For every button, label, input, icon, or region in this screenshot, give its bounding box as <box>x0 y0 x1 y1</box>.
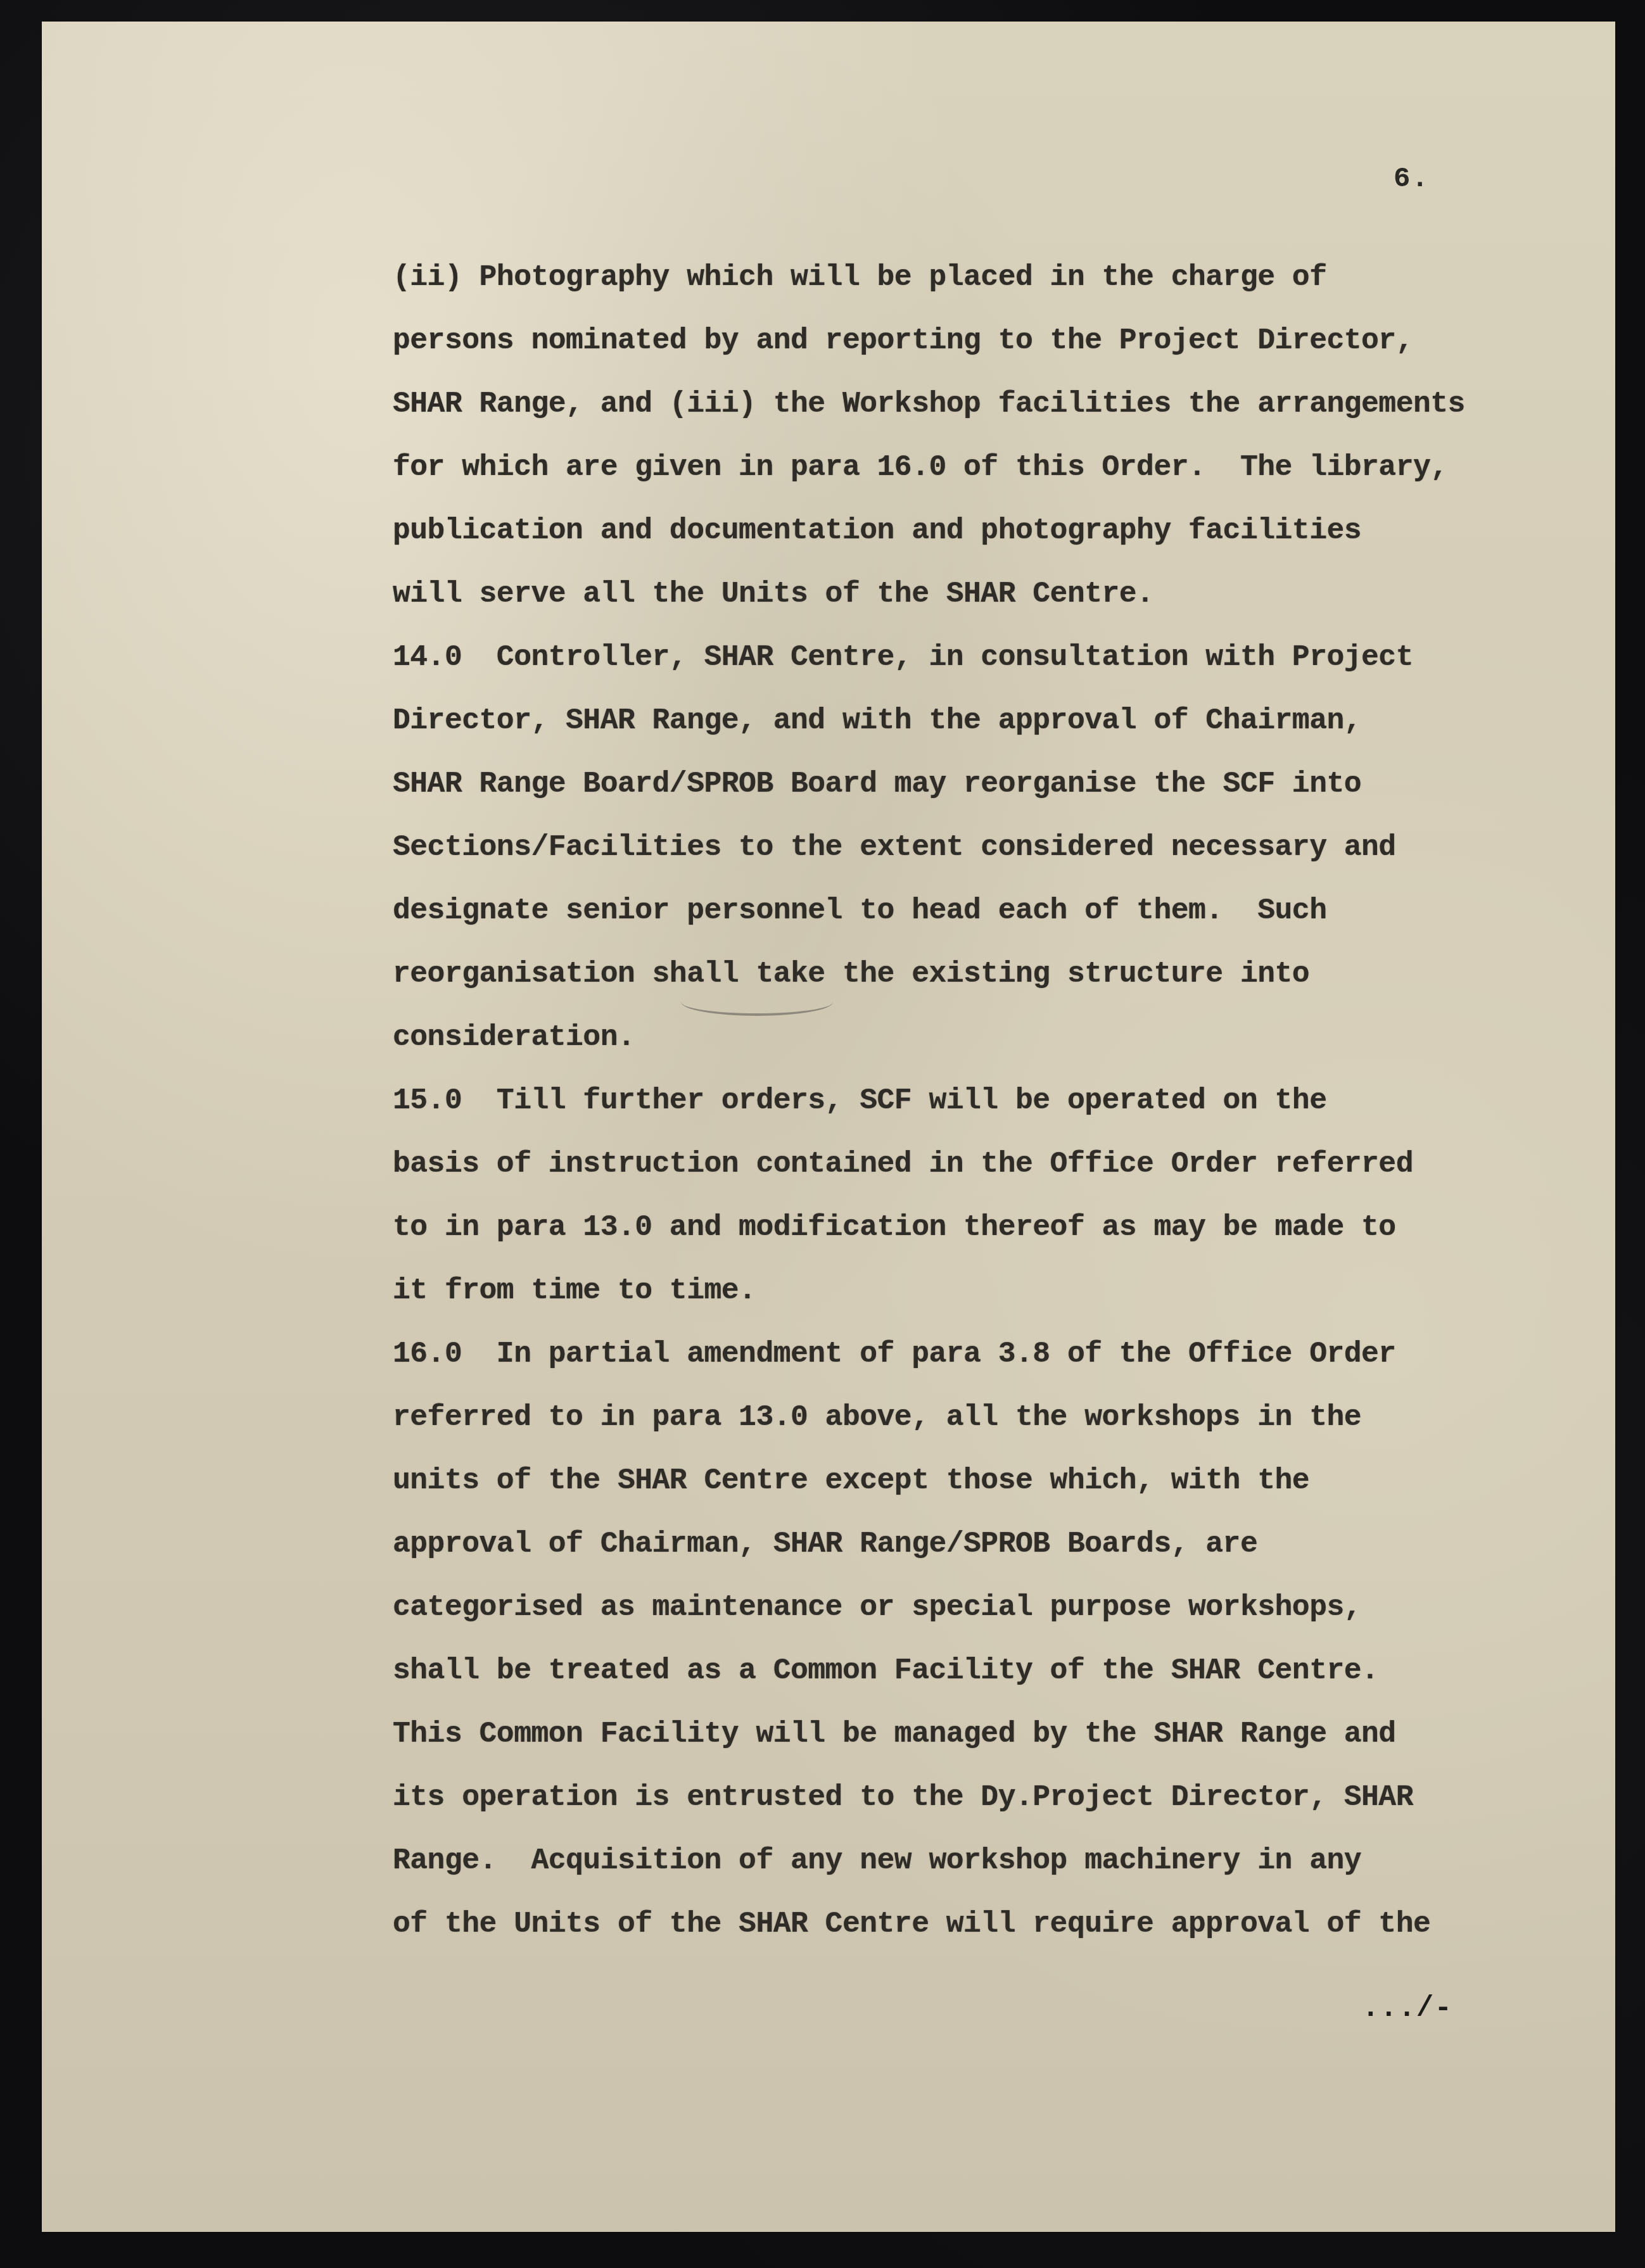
text-line: consideration. <box>393 1015 1596 1078</box>
text-line: (ii) Photography which will be placed in… <box>393 255 1596 318</box>
text-line: Range. Acquisition of any new workshop m… <box>393 1838 1596 1901</box>
text-line: SHAR Range Board/SPROB Board may reorgan… <box>393 761 1596 825</box>
text-line: shall be treated as a Common Facility of… <box>393 1648 1596 1711</box>
page-number: 6. <box>1394 163 1430 195</box>
text-line: Director, SHAR Range, and with the appro… <box>393 698 1596 761</box>
text-line: to in para 13.0 and modification thereof… <box>393 1205 1596 1268</box>
text-line: categorised as maintenance or special pu… <box>393 1585 1596 1648</box>
text-line: of the Units of the SHAR Centre will req… <box>393 1901 1596 1965</box>
text-line: This Common Facility will be managed by … <box>393 1711 1596 1775</box>
text-line: its operation is entrusted to the Dy.Pro… <box>393 1775 1596 1838</box>
text-line: publication and documentation and photog… <box>393 508 1596 571</box>
text-line: for which are given in para 16.0 of this… <box>393 445 1596 508</box>
text-line: referred to in para 13.0 above, all the … <box>393 1395 1596 1458</box>
text-line: persons nominated by and reporting to th… <box>393 318 1596 381</box>
text-line: designate senior personnel to head each … <box>393 888 1596 951</box>
text-line: basis of instruction contained in the Of… <box>393 1141 1596 1205</box>
pencil-underline-mark <box>681 988 833 1016</box>
paragraph-15-start: 15.0 Till further orders, SCF will be op… <box>393 1078 1596 1141</box>
text-line: units of the SHAR Centre except those wh… <box>393 1458 1596 1521</box>
text-line: approval of Chairman, SHAR Range/SPROB B… <box>393 1521 1596 1585</box>
text-line: SHAR Range, and (iii) the Workshop facil… <box>393 381 1596 445</box>
text-line: reorganisation shall take the existing s… <box>393 951 1596 1015</box>
document-body: (ii) Photography which will be placed in… <box>393 255 1596 1965</box>
paragraph-14-start: 14.0 Controller, SHAR Centre, in consult… <box>393 635 1596 698</box>
text-line: it from time to time. <box>393 1268 1596 1331</box>
text-line: will serve all the Units of the SHAR Cen… <box>393 571 1596 635</box>
text-line: Sections/Facilities to the extent consid… <box>393 825 1596 888</box>
paragraph-16-start: 16.0 In partial amendment of para 3.8 of… <box>393 1331 1596 1395</box>
continuation-mark: .../- <box>1362 1992 1452 2025</box>
